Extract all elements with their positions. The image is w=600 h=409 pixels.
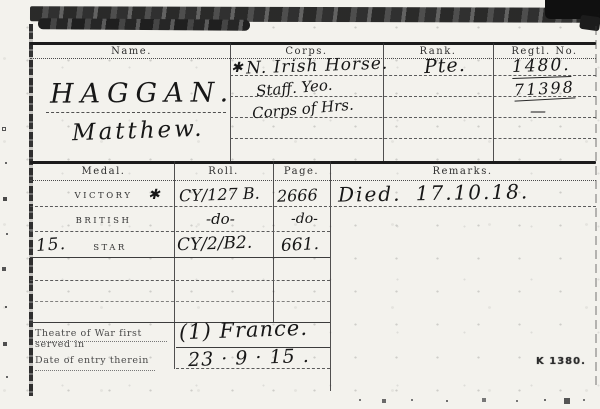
corps-entry-3: Corps of Hrs. xyxy=(251,96,354,123)
theatre-value-handwritten: (1) France. xyxy=(179,316,309,344)
rank-handwritten: Pte. xyxy=(423,54,466,78)
column-header-medal: Medal. xyxy=(33,166,174,177)
divider-roll-page xyxy=(273,161,274,323)
date-label-leader xyxy=(35,370,155,371)
roll-value-star: CY/2/B2. xyxy=(177,233,253,256)
bottom-edge-speckles xyxy=(345,399,347,401)
forename-handwritten: Matthew. xyxy=(72,116,205,147)
medal-row-rule-5 xyxy=(30,301,330,302)
date-of-entry-label: Date of entry therein xyxy=(35,355,175,366)
divider-rank-regtl xyxy=(493,43,494,162)
divider-page-remarks xyxy=(330,161,331,391)
regtl-no-dash: — xyxy=(530,101,546,120)
column-header-name: Name. xyxy=(33,46,230,57)
roll-value-victory: CY/127 B. xyxy=(179,184,260,206)
page-value-british: -do- xyxy=(291,211,318,227)
medal-name-star: STAR xyxy=(60,243,160,253)
card-left-edge xyxy=(29,24,33,396)
theatre-of-war-label: Theatre of War first served in xyxy=(35,328,175,350)
medal-row-rule-1 xyxy=(30,206,596,207)
medal-row-rule-3 xyxy=(30,257,330,258)
medal-name-british: BRITISH xyxy=(33,216,174,226)
star-prefix-15: 15. xyxy=(35,234,66,256)
column-header-roll: Roll. xyxy=(174,166,273,177)
column-header-remarks: Remarks. xyxy=(330,166,595,177)
roll-value-british: -do- xyxy=(206,210,235,228)
surname-underline xyxy=(46,84,226,113)
medal-table-top-rule xyxy=(30,161,596,164)
regtl-no-2: 71398 xyxy=(513,77,575,101)
date-value-underline xyxy=(176,368,330,369)
left-margin-speckles xyxy=(3,128,5,130)
medal-row-rule-4 xyxy=(30,280,330,281)
theatre-label-leader xyxy=(35,341,167,342)
remarks-handwritten: Died. 17.10.18. xyxy=(338,179,530,206)
regtl-no-1: 1480. xyxy=(512,55,571,79)
medal-row-rule-2 xyxy=(30,231,330,232)
page-value-victory: 2666 xyxy=(277,185,318,205)
medal-index-card: Name. Corps. Rank. Regtl. No. HAGGAN. Ma… xyxy=(0,0,600,409)
scan-top-edge-artifact-2 xyxy=(38,18,250,30)
asterisk-mark-icon: ✱ xyxy=(148,187,160,203)
top-table-row-rule xyxy=(230,138,596,139)
column-header-page: Page. xyxy=(273,166,330,177)
top-table-top-rule xyxy=(30,42,596,45)
printers-code: K 1380. xyxy=(536,356,586,367)
page-value-star: 661. xyxy=(281,234,320,256)
asterisk-mark-icon: ✱ xyxy=(231,60,243,76)
